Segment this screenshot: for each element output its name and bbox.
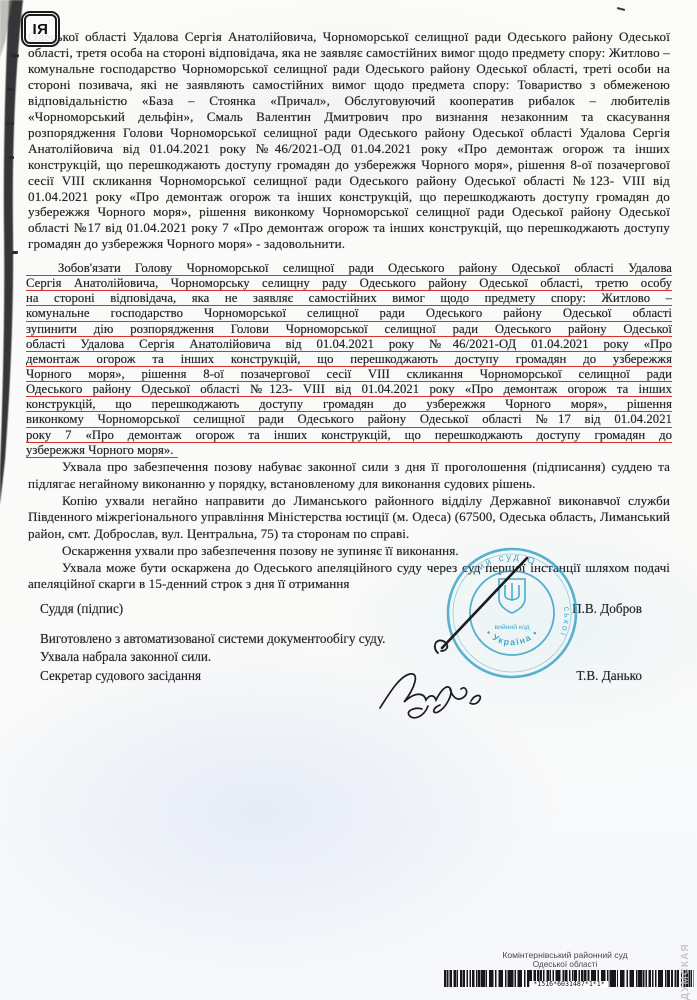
underlined-line: зупинити дію розпорядження Голови Чорном…: [26, 322, 672, 337]
footer-court-name: Комінтернівський районний суд Одеської о…: [420, 950, 697, 970]
intro-paragraph: Одеської області Удалова Сергія Анатолій…: [28, 29, 670, 260]
notes-block: Виготовлено з автоматизованої системи до…: [40, 630, 642, 685]
underlined-line: року 7 «Про демонтаж огорож та інших кон…: [26, 428, 672, 443]
barcode: *1516*6031487*1*1*: [444, 970, 694, 987]
scanned-court-document-page: ІЯ Одеської області Удалова Сергія Анато…: [0, 0, 697, 1000]
scan-tick-mark: [7, 88, 14, 91]
barcode-number: *1516*6031487*1*1*: [529, 981, 608, 988]
underlined-line: Чорного моря», рішення 8-ої позачергової…: [26, 367, 672, 382]
scan-tick-mark: [8, 156, 14, 159]
underlined-line: узбережжя Чорного моря».: [26, 443, 178, 458]
underlined-line: області Удалова Сергія Анатолійовича від…: [26, 337, 672, 352]
footer-court-line1: Комінтернівський районний суд: [420, 950, 697, 960]
judge-label: Суддя (підпис): [40, 601, 123, 617]
secretary-row: Секретар судового засідання Т.В. Данько: [40, 667, 642, 685]
underlined-line: демонтаж огорож та інших конструкцій, що…: [26, 352, 672, 367]
judge-row: Суддя (підпис) П.В. Добров: [40, 601, 642, 617]
underlined-line: виконкому Чорноморської селищної ради Од…: [26, 412, 672, 427]
judge-name: П.В. Добров: [572, 601, 642, 617]
paragraph: Копію ухвали негайно направити до Лиманс…: [28, 493, 670, 543]
paragraph: Оскарження ухвали про забезпечення позов…: [28, 543, 670, 560]
secretary-name: Т.В. Данько: [576, 667, 642, 685]
auto-generated-note: Виготовлено з автоматизованої системи до…: [40, 630, 642, 648]
underlined-line: на стороні відповідача, яка не заявляє с…: [26, 291, 672, 306]
underlined-line: Зобов'язати Голову Чорноморської селищно…: [26, 261, 672, 276]
scan-edge-artifact: [0, 0, 30, 520]
scan-speck: [617, 7, 625, 11]
secretary-label: Секретар судового засідання: [40, 667, 201, 685]
closing-paragraphs: Ухвала про забезпечення позову набуває з…: [28, 459, 670, 593]
paragraph: Ухвала про забезпечення позову набуває з…: [28, 459, 670, 493]
copy-stamp-text: ІЯ: [33, 21, 49, 38]
underlined-line: комунальне господарство Чорноморської се…: [26, 306, 672, 321]
underlined-line: конструкцій, що перешкоджають доступу гр…: [26, 397, 672, 412]
paragraph: Ухвала може бути оскаржена до Одеського …: [28, 560, 670, 594]
legal-force-note: Ухвала набрала законної сили.: [40, 648, 642, 666]
footer-court-line2: Одеської області: [420, 960, 697, 970]
underlined-line: Одеського району Одеської області №123- …: [26, 382, 672, 397]
scan-tick-mark: [12, 251, 18, 254]
underlined-paragraph: Зобов'язати Голову Чорноморської селищно…: [26, 261, 672, 463]
underlined-line: Сергія Анатолійовича, Чорноморську селищ…: [26, 276, 672, 291]
watermark-text: ДУМСКАЯ: [680, 914, 691, 1000]
